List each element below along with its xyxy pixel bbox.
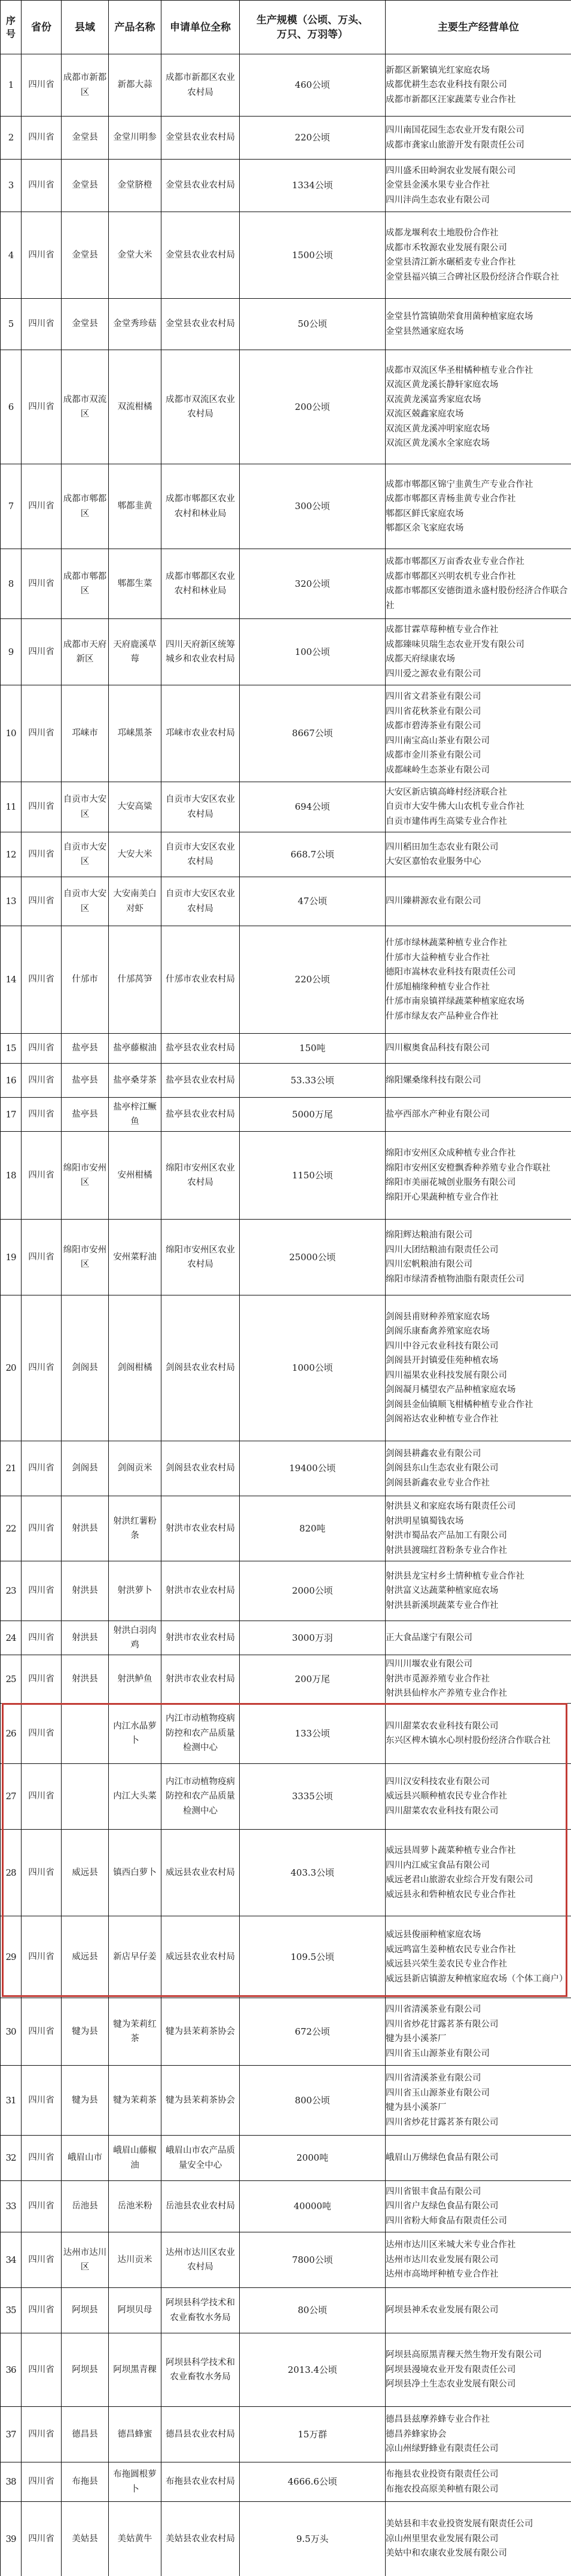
cell-province: 四川省 [22, 2462, 62, 2502]
cell-county: 自贡市大安区 [62, 832, 109, 877]
cell-county-text: 绵阳市安州区 [62, 1161, 108, 1190]
unit-name: 成都优耕生态农业科技有限公司 [386, 78, 571, 93]
cell-product: 大安大米 [109, 832, 161, 877]
unit-name: 剑阁裕达农业种植专业合作社 [386, 1412, 571, 1427]
cell-applicant: 剑阁县农业农村局 [161, 1441, 240, 1496]
cell-product-text: 新店早仔姜 [109, 1950, 161, 1965]
cell-province-text: 四川省 [22, 2303, 61, 2318]
cell-scale-text: 668.7公顷 [291, 849, 334, 860]
cell-index-text: 30 [5, 2026, 16, 2037]
cell-scale: 2000公顷 [240, 1561, 386, 1621]
cell-province: 四川省 [22, 212, 62, 299]
cell-scale-text: 403.3公顷 [291, 1867, 334, 1878]
header-province: 省份 [22, 1, 62, 54]
cell-product-text: 岳池米粉 [109, 2199, 161, 2214]
cell-applicant-text: 德昌县农业农村局 [161, 2427, 239, 2442]
cell-applicant-text: 威远县农业农村局 [161, 1866, 239, 1880]
cell-province-text: 四川省 [22, 1866, 61, 1880]
unit-name: 阿坝县净土生态农业发展有限公司 [386, 2377, 571, 2392]
cell-county-text: 什邡市 [62, 972, 108, 987]
unit-name: 四川福果农业科技发展有限公司 [386, 1368, 571, 1383]
unit-name: 盐亭西部水产种业有限公司 [386, 1107, 571, 1122]
cell-county: 盐亭县 [62, 1098, 109, 1132]
cell-province: 四川省 [22, 1132, 62, 1220]
cell-county-text: 自贡市大安区 [62, 792, 108, 822]
cell-scale-text: 7800公顷 [292, 2255, 332, 2265]
cell-units: 四川盛禾田岭涧农业发展有限公司金堂县金溪水果专业合作社四川沣尚生态农业有限公司 [386, 160, 571, 212]
cell-product: 达川贡米 [109, 2232, 161, 2288]
cell-province-text: 四川省 [22, 847, 61, 862]
cell-county-text: 金堂县 [62, 130, 108, 145]
unit-name: 什邡市南泉镇祥绿蔬菜种植家庭农场 [386, 994, 571, 1009]
cell-applicant: 德昌县农业农村局 [161, 2407, 240, 2462]
cell-scale-text: 1000公顷 [292, 1362, 332, 1373]
cell-applicant-text: 成都市新都区农业农村局 [161, 71, 239, 100]
cell-index-text: 3 [8, 180, 14, 191]
cell-scale: 220公顷 [240, 117, 386, 160]
cell-scale: 200公顷 [240, 350, 386, 464]
cell-county-text: 阿坝县 [62, 2303, 108, 2318]
unit-name: 射洪明星镇蜀钱农场 [386, 1514, 571, 1529]
unit-name: 剑阁县东山生态农业有限公司 [386, 1461, 571, 1476]
cell-scale: 1000公顷 [240, 1295, 386, 1441]
table-row: 1四川省成都市新都区新都大蒜成都市新都区农业农村局460公顷新都区新繁镇光红家庭… [1, 54, 571, 117]
cell-index-text: 15 [5, 1043, 16, 1053]
table-row: 22四川省射洪县射洪红薯粉条射洪市农业农村局820吨射洪县义和家庭农场有限责任公… [1, 1496, 571, 1561]
cell-scale-text: 3000万羽 [292, 1632, 332, 1643]
cell-index-text: 9 [8, 647, 14, 657]
cell-product-text: 什邡莴笋 [109, 972, 161, 987]
cell-applicant-text: 金堂县农业农村局 [161, 130, 239, 145]
cell-county-text: 岳池县 [62, 2199, 108, 2214]
cell-province-text: 四川省 [22, 1250, 61, 1265]
cell-index: 36 [1, 2333, 22, 2407]
cell-product: 安州柑橘 [109, 1132, 161, 1220]
cell-scale-text: 300公顷 [295, 501, 330, 511]
cell-product-text: 德昌蜂蜜 [109, 2427, 161, 2442]
header-row: 序号 省份 县域 产品名称 申请单位全称 生产规模（公顷、万头、万只、万羽等） … [1, 1, 571, 54]
cell-index: 10 [1, 685, 22, 782]
cell-applicant: 成都市郫都区农业农村和林业局 [161, 549, 240, 619]
cell-county: 自贡市大安区 [62, 782, 109, 832]
unit-name: 成都臻味贝瑞生态农业开发有限公司 [386, 638, 571, 653]
cell-applicant-text: 成都市郫都区农业农村和林业局 [161, 569, 239, 599]
unit-name: 凉山州里里农业发展有限公司 [386, 2532, 571, 2547]
cell-province-text: 四川省 [22, 499, 61, 514]
cell-county-text: 邛崃市 [62, 726, 108, 741]
cell-applicant-text: 盐亭县农业农村局 [161, 1041, 239, 1056]
cell-product: 什邡莴笋 [109, 926, 161, 1034]
cell-product: 犍为茉莉茶 [109, 2066, 161, 2136]
cell-product-text: 盐亭梓江鳜鱼 [109, 1100, 161, 1129]
table-row: 19四川省绵阳市安州区安州菜籽油绵阳市安州区农业农村局25000公顷绵阳辉达粮油… [1, 1220, 571, 1295]
unit-name: 双流区黄龙溪冲明家庭农场 [386, 422, 571, 437]
unit-name: 威远县俊丽种植家庭农场 [386, 1928, 571, 1943]
cell-product-text: 新都大蒜 [109, 78, 161, 93]
cell-scale-text: 320公顷 [295, 578, 330, 589]
cell-units: 峨眉山万佛绿色食品有限公司 [386, 2136, 571, 2181]
cell-index: 9 [1, 619, 22, 685]
unit-name: 四川省户友绿色食品有限公司 [386, 2199, 571, 2214]
cell-scale-text: 694公顷 [295, 801, 330, 812]
table-row: 38四川省布拖县布拖圆根萝卜布拖县农业农村局4666.6公顷布拖县农业投资有限责… [1, 2462, 571, 2502]
unit-name: 四川汉安科技农业有限公司 [386, 1775, 571, 1790]
unit-name: 达州市达川农业发展有限公司 [386, 2253, 571, 2268]
cell-index: 6 [1, 350, 22, 464]
cell-scale-text: 200公顷 [295, 402, 330, 412]
cell-province: 四川省 [22, 1704, 62, 1764]
unit-name: 郫都区余飞家庭农场 [386, 521, 571, 536]
cell-index-text: 22 [5, 1523, 16, 1534]
unit-name: 大安区嘉怡农业服务中心 [386, 854, 571, 869]
cell-product-text: 盐亭桑芽茶 [109, 1073, 161, 1088]
table-row: 5四川省金堂县金堂秀珍菇金堂县农业农村局50公顷金堂县竹篙镇勋荣食用菌种植家庭农… [1, 299, 571, 350]
table-row: 23四川省射洪县射洪萝卜射洪市农业农村局2000公顷射洪县龙宝村乡土情种植专业合… [1, 1561, 571, 1621]
cell-county: 阿坝县 [62, 2333, 109, 2407]
cell-county: 峨眉山市 [62, 2136, 109, 2181]
unit-name: 犍为县小溪茶厂 [386, 2100, 571, 2115]
unit-name: 成都市郫都区青杨韭黄专业合作社 [386, 492, 571, 507]
cell-product-text: 镇西白萝卜 [109, 1866, 161, 1880]
cell-county-text: 德昌县 [62, 2427, 108, 2442]
cell-province-text: 四川省 [22, 894, 61, 909]
cell-county: 达州市达川区 [62, 2232, 109, 2288]
cell-applicant-text: 成都市郫都区农业农村和林业局 [161, 492, 239, 521]
unit-name: 成都甘霖草莓种植专业合作社 [386, 623, 571, 638]
cell-applicant: 自贡市大安区农业农村局 [161, 782, 240, 832]
cell-county-text: 金堂县 [62, 317, 108, 332]
cell-county-text: 自贡市大安区 [62, 840, 108, 869]
cell-applicant: 犍为县茉莉茶协会 [161, 2066, 240, 2136]
cell-index-text: 13 [5, 896, 16, 906]
cell-applicant-text: 金堂县农业农村局 [161, 178, 239, 193]
cell-product-text: 射洪红薯粉条 [109, 1514, 161, 1543]
cell-units: 剑阁县甫财种养殖家庭农场剑阁乐康畜禽养殖家庭农场四川中谷元农业科技有限公司剑阁县… [386, 1295, 571, 1441]
cell-county [62, 1704, 109, 1764]
unit-name: 射洪县渡瑞红苕粉条专业合作社 [386, 1543, 571, 1558]
cell-units: 射洪县义和家庭农场有限责任公司射洪明星镇蜀钱农场射洪市蜀品农产品加工有限公司射洪… [386, 1496, 571, 1561]
cell-county-text: 金堂县 [62, 248, 108, 263]
cell-scale: 3000万羽 [240, 1621, 386, 1655]
cell-index-text: 18 [5, 1170, 16, 1181]
cell-index: 2 [1, 117, 22, 160]
cell-county: 自贡市大安区 [62, 877, 109, 926]
cell-index: 1 [1, 54, 22, 117]
cell-province: 四川省 [22, 2232, 62, 2288]
unit-name: 四川宏帆粮油有限公司 [386, 1257, 571, 1272]
unit-name: 四川川堰农业有限公司 [386, 1657, 571, 1672]
unit-name: 射洪县新溪坝蔬菜专业合作社 [386, 1598, 571, 1613]
cell-index: 8 [1, 549, 22, 619]
table-row: 36四川省阿坝县阿坝黑青稞阿坝县科学技术和农业畜牧水务局2013.4公顷阿坝县高… [1, 2333, 571, 2407]
unit-name: 阿坝县漫境农业开发有限责任公司 [386, 2363, 571, 2378]
unit-name: 绵阳市安州区安橙飘香种养殖专业合作联社 [386, 1161, 571, 1176]
cell-applicant-text: 四川天府新区统筹城乡和农业农村局 [161, 638, 239, 667]
cell-province: 四川省 [22, 782, 62, 832]
cell-county: 绵阳市安州区 [62, 1132, 109, 1220]
cell-units: 四川川堰农业有限公司射洪市觅源养殖专业合作社射洪县仙梓水产养殖专业合作社 [386, 1655, 571, 1704]
cell-province: 四川省 [22, 832, 62, 877]
cell-index: 30 [1, 1998, 22, 2066]
cell-province: 四川省 [22, 1830, 62, 1916]
cell-county: 射洪县 [62, 1496, 109, 1561]
cell-index-text: 5 [8, 318, 14, 329]
cell-applicant: 犍为县茉莉茶协会 [161, 1998, 240, 2066]
cell-county: 盐亭县 [62, 1064, 109, 1098]
cell-applicant: 射洪市农业农村局 [161, 1561, 240, 1621]
cell-units: 德昌县兹摩养蜂专业合作社德昌养蜂家协会凉山州绿野蜂业有限责任公司 [386, 2407, 571, 2462]
cell-product-text: 阿坝黑青稞 [109, 2363, 161, 2378]
table-row: 35四川省阿坝县阿坝贝母阿坝县科学技术和农业畜牧水务局80公顷阿坝县神禾农业发展… [1, 2288, 571, 2333]
table-row: 28四川省威远县镇西白萝卜威远县农业农村局403.3公顷威远县周萝卜蔬菜种植专业… [1, 1830, 571, 1916]
cell-scale: 300公顷 [240, 464, 386, 549]
cell-county-text: 峨眉山市 [62, 2151, 108, 2165]
unit-name: 德昌养蜂家协会 [386, 2427, 571, 2442]
cell-index-text: 38 [5, 2476, 16, 2487]
cell-product: 射洪白羽肉鸡 [109, 1621, 161, 1655]
unit-name: 威远老君山旅游农业综合开发有限公司 [386, 1873, 571, 1888]
cell-applicant: 美姑县农业农村局 [161, 2502, 240, 2576]
cell-scale-text: 9.5万头 [297, 2534, 329, 2544]
unit-name: 达州市达川区米城大米专业合作社 [386, 2238, 571, 2253]
cell-applicant: 内江市动植物疫病防控和农产品质量检测中心 [161, 1704, 240, 1764]
cell-units: 射洪县龙宝村乡土情种植专业合作社射洪富义达蔬菜种植家庭农场射洪县新溪坝蔬菜专业合… [386, 1561, 571, 1621]
cell-province-text: 四川省 [22, 972, 61, 987]
cell-product-text: 内江大头菜 [109, 1789, 161, 1804]
cell-index-text: 26 [5, 1728, 16, 1739]
unit-name: 金堂县福兴镇三合碑社区股份经济合作联合社 [386, 270, 571, 285]
cell-province: 四川省 [22, 2333, 62, 2407]
unit-name: 四川甜菜农农业科技有限公司 [386, 1719, 571, 1734]
cell-applicant-text: 剑阁县农业农村局 [161, 1461, 239, 1476]
cell-province-text: 四川省 [22, 1361, 61, 1376]
cell-applicant: 阿坝县科学技术和农业畜牧水务局 [161, 2288, 240, 2333]
cell-province-text: 四川省 [22, 1631, 61, 1646]
cell-applicant-text: 射洪市农业农村局 [161, 1672, 239, 1687]
cell-province: 四川省 [22, 2136, 62, 2181]
cell-index: 12 [1, 832, 22, 877]
cell-scale: 109.5公顷 [240, 1916, 386, 1998]
cell-units: 美姑县和丰农业投资发展有限责任公司凉山州里里农业发展有限公司美姑中和农康农业发展… [386, 2502, 571, 2576]
cell-county: 金堂县 [62, 212, 109, 299]
unit-name: 德昌县兹摩养蜂专业合作社 [386, 2412, 571, 2427]
unit-name: 双流黄龙溪富秀家庭农场 [386, 393, 571, 408]
cell-county: 金堂县 [62, 299, 109, 350]
cell-units: 正大食品遂宁有限公司 [386, 1621, 571, 1655]
unit-name: 绵阳市安州区众成种植专业合作社 [386, 1146, 571, 1161]
cell-index: 7 [1, 464, 22, 549]
unit-name: 成都市金川茶业有限公司 [386, 748, 571, 763]
cell-product: 射洪红薯粉条 [109, 1496, 161, 1561]
cell-index: 27 [1, 1764, 22, 1830]
cell-province: 四川省 [22, 1561, 62, 1621]
table-row: 13四川省自贡市大安区大安南美白对虾自贡市大安区农业农村局47公顷四川臻耕源农业… [1, 877, 571, 926]
cell-index-text: 32 [5, 2152, 16, 2163]
cell-index: 18 [1, 1132, 22, 1220]
cell-applicant-text: 绵阳市安州区农业农村局 [161, 1243, 239, 1272]
unit-name: 成都市郫都区万亩香农业专业合作社 [386, 555, 571, 569]
unit-name: 剑阁县金仙镇顺飞柑橘种植专业合作社 [386, 1398, 571, 1413]
cell-scale-text: 50公顷 [298, 318, 327, 329]
cell-county: 盐亭县 [62, 1034, 109, 1064]
cell-product-text: 郫都生菜 [109, 577, 161, 592]
cell-scale: 460公顷 [240, 54, 386, 117]
cell-scale-text: 3335公顷 [292, 1791, 332, 1802]
cell-scale: 820吨 [240, 1496, 386, 1561]
unit-name: 成都崃岭生态茶业有限公司 [386, 763, 571, 778]
cell-province-text: 四川省 [22, 1726, 61, 1741]
table-row: 3四川省金堂县金堂脐橙金堂县农业农村局1334公顷四川盛禾田岭涧农业发展有限公司… [1, 160, 571, 212]
cell-province: 四川省 [22, 1764, 62, 1830]
cell-product-text: 金堂脐橙 [109, 178, 161, 193]
cell-units: 四川汉安科技农业有限公司威远县兴顺种植农民专业合作社四川甜菜农农业科技有限公司 [386, 1764, 571, 1830]
cell-applicant: 达州市达川区农业农村局 [161, 2232, 240, 2288]
unit-name: 达州市高坳坪种植专业合作社 [386, 2267, 571, 2282]
cell-index: 21 [1, 1441, 22, 1496]
cell-index-text: 25 [5, 1674, 16, 1684]
unit-name: 四川省清溪茶业有限公司 [386, 2002, 571, 2017]
cell-index: 5 [1, 299, 22, 350]
cell-scale-text: 47公顷 [298, 896, 327, 906]
unit-name: 四川省花秋茶业有限公司 [386, 705, 571, 719]
unit-name: 绵阳嫘桑缘科技有限公司 [386, 1073, 571, 1088]
cell-province-text: 四川省 [22, 317, 61, 332]
cell-scale-text: 1150公顷 [292, 1170, 332, 1181]
cell-units: 四川稻田加生态农业有限公司大安区嘉怡农业服务中心 [386, 832, 571, 877]
header-index: 序号 [1, 1, 22, 54]
cell-units: 剑阁县耕鑫农业有限公司剑阁县东山生态农业有限公司剑阁县新鑫农业专业合作社 [386, 1441, 571, 1496]
table-row: 24四川省射洪县射洪白羽肉鸡射洪市农业农村局3000万羽正大食品遂宁有限公司 [1, 1621, 571, 1655]
cell-province: 四川省 [22, 1034, 62, 1064]
cell-units: 布拖县农业投资有限责任公司布拖农投高原美种植有限公司 [386, 2462, 571, 2502]
cell-province: 四川省 [22, 926, 62, 1034]
unit-name: 射洪市蜀品农产品加工有限公司 [386, 1529, 571, 1543]
cell-applicant: 内江市动植物疫病防控和农产品质量检测中心 [161, 1764, 240, 1830]
cell-province: 四川省 [22, 160, 62, 212]
cell-province-text: 四川省 [22, 2363, 61, 2378]
cell-applicant: 射洪市农业农村局 [161, 1655, 240, 1704]
cell-product-text: 郫都韭黄 [109, 499, 161, 514]
cell-units: 阿坝县高原黑青稞天然生物开发有限公司阿坝县漫境农业开发有限责任公司阿坝县净土生态… [386, 2333, 571, 2407]
unit-name: 四川中谷元农业科技有限公司 [386, 1339, 571, 1354]
cell-product: 新都大蒜 [109, 54, 161, 117]
unit-name: 绵阳开心果蔬种植专业合作社 [386, 1190, 571, 1205]
unit-name: 四川内江威宝食品有限公司 [386, 1858, 571, 1873]
unit-name: 自贡市建伟再生高粱专业合作社 [386, 814, 571, 829]
cell-province-text: 四川省 [22, 248, 61, 263]
cell-product: 内江大头菜 [109, 1764, 161, 1830]
cell-product: 大安高粱 [109, 782, 161, 832]
cell-index-text: 31 [5, 2095, 16, 2106]
cell-index: 15 [1, 1034, 22, 1064]
cell-units: 四川省文君茶业有限公司四川省花秋茶业有限公司成都市碧涛茶业有限公司四川南宝高山茶… [386, 685, 571, 782]
unit-name: 阿坝县高原黑青稞天然生物开发有限公司 [386, 2348, 571, 2363]
cell-scale: 668.7公顷 [240, 832, 386, 877]
cell-province-text: 四川省 [22, 1672, 61, 1687]
unit-name: 犍为县小溪茶厂 [386, 2032, 571, 2047]
cell-scale-text: 460公顷 [295, 79, 330, 90]
cell-scale-text: 100公顷 [295, 647, 330, 657]
unit-name: 成都天府绿康农场 [386, 652, 571, 667]
cell-province-text: 四川省 [22, 1521, 61, 1536]
cell-index: 39 [1, 2502, 22, 2576]
cell-province-text: 四川省 [22, 1041, 61, 1056]
table-row: 15四川省盐亭县盐亭藤椒油盐亭县农业农村局150吨四川椒奥食品科技有限公司 [1, 1034, 571, 1064]
cell-scale: 47公顷 [240, 877, 386, 926]
cell-province-text: 四川省 [22, 400, 61, 415]
cell-scale-text: 820吨 [300, 1523, 326, 1534]
cell-index-text: 14 [5, 974, 16, 985]
cell-scale: 320公顷 [240, 549, 386, 619]
cell-province-text: 四川省 [22, 2253, 61, 2268]
cell-county [62, 1764, 109, 1830]
cell-product: 岳池米粉 [109, 2181, 161, 2232]
cell-county-text: 阿坝县 [62, 2363, 108, 2378]
cell-units: 四川臻耕源农业有限公司 [386, 877, 571, 926]
cell-scale-text: 220公顷 [295, 132, 330, 143]
cell-scale-text: 2000公顷 [292, 1585, 332, 1596]
cell-applicant-text: 布拖县农业农村局 [161, 2474, 239, 2489]
unit-name: 威远县周萝卜蔬菜种植专业合作社 [386, 1843, 571, 1858]
table-row: 39四川省美姑县美姑黄牛美姑县农业农村局9.5万头美姑县和丰农业投资发展有限责任… [1, 2502, 571, 2576]
unit-name: 四川臻耕源农业有限公司 [386, 894, 571, 909]
cell-product-text: 金堂秀珍菇 [109, 317, 161, 332]
cell-applicant-text: 金堂县农业农村局 [161, 317, 239, 332]
cell-units: 什邡市绿林蔬菜种植专业合作社什邡市大益种植专业合作社德阳市嵩林农业科技有限责任公… [386, 926, 571, 1034]
cell-applicant: 邛崃市农业农村局 [161, 685, 240, 782]
cell-province: 四川省 [22, 1220, 62, 1295]
cell-units: 威远县俊丽种植家庭农场威远鸣富生姜种植农民专业合作社威远县兴荣生姜农民专业合作社… [386, 1916, 571, 1998]
cell-product-text: 犍为茉莉茶 [109, 2093, 161, 2108]
cell-province: 四川省 [22, 1441, 62, 1496]
cell-units: 盐亭西部水产种业有限公司 [386, 1098, 571, 1132]
cell-product: 阿坝黑青稞 [109, 2333, 161, 2407]
cell-province-text: 四川省 [22, 577, 61, 592]
cell-applicant: 盐亭县农业农村局 [161, 1034, 240, 1064]
cell-province-text: 四川省 [22, 1461, 61, 1476]
cell-scale-text: 53.33公顷 [291, 1075, 334, 1086]
unit-name: 大安区新店镇高峰村经济联合社 [386, 785, 571, 800]
cell-units: 四川省清溪茶业有限公司四川省玉山源茶业有限公司犍为县小溪茶厂四川省炒花甘露茗茶有… [386, 2066, 571, 2136]
cell-product-text: 双流柑橘 [109, 400, 161, 415]
cell-scale: 403.3公顷 [240, 1830, 386, 1916]
cell-county-text: 剑阁县 [62, 1361, 108, 1376]
cell-product: 金堂秀珍菇 [109, 299, 161, 350]
cell-scale-text: 4666.6公顷 [288, 2476, 337, 2487]
cell-scale: 1334公顷 [240, 160, 386, 212]
cell-applicant: 布拖县农业农村局 [161, 2462, 240, 2502]
cell-applicant: 金堂县农业农村局 [161, 299, 240, 350]
unit-name: 射洪富义达蔬菜种植家庭农场 [386, 1583, 571, 1598]
cell-index-text: 1 [8, 79, 14, 90]
table-row: 32四川省峨眉山市峨眉山藤椒油峨眉山市农产品质量安全中心2000吨峨眉山万佛绿色… [1, 2136, 571, 2181]
cell-scale-text: 40000吨 [294, 2201, 331, 2211]
cell-province: 四川省 [22, 2288, 62, 2333]
cell-province: 四川省 [22, 685, 62, 782]
cell-scale: 3335公顷 [240, 1764, 386, 1830]
cell-index: 20 [1, 1295, 22, 1441]
unit-name: 四川省粉大师食品有限责任公司 [386, 2214, 571, 2229]
cell-units: 四川省银丰食品有限公司四川省户友绿色食品有限公司四川省粉大师食品有限责任公司 [386, 2181, 571, 2232]
cell-scale-text: 19400公顷 [289, 1463, 336, 1474]
cell-county-text: 成都市双流区 [62, 393, 108, 422]
cell-applicant-text: 自贡市大安区农业农村局 [161, 840, 239, 869]
cell-index: 17 [1, 1098, 22, 1132]
unit-name: 射洪县龙宝村乡土情种植专业合作社 [386, 1569, 571, 1584]
cell-county: 成都市郫都区 [62, 464, 109, 549]
unit-name: 四川甜菜农农业科技有限公司 [386, 1804, 571, 1819]
unit-name: 双流区黄龙溪水全家庭农场 [386, 436, 571, 451]
